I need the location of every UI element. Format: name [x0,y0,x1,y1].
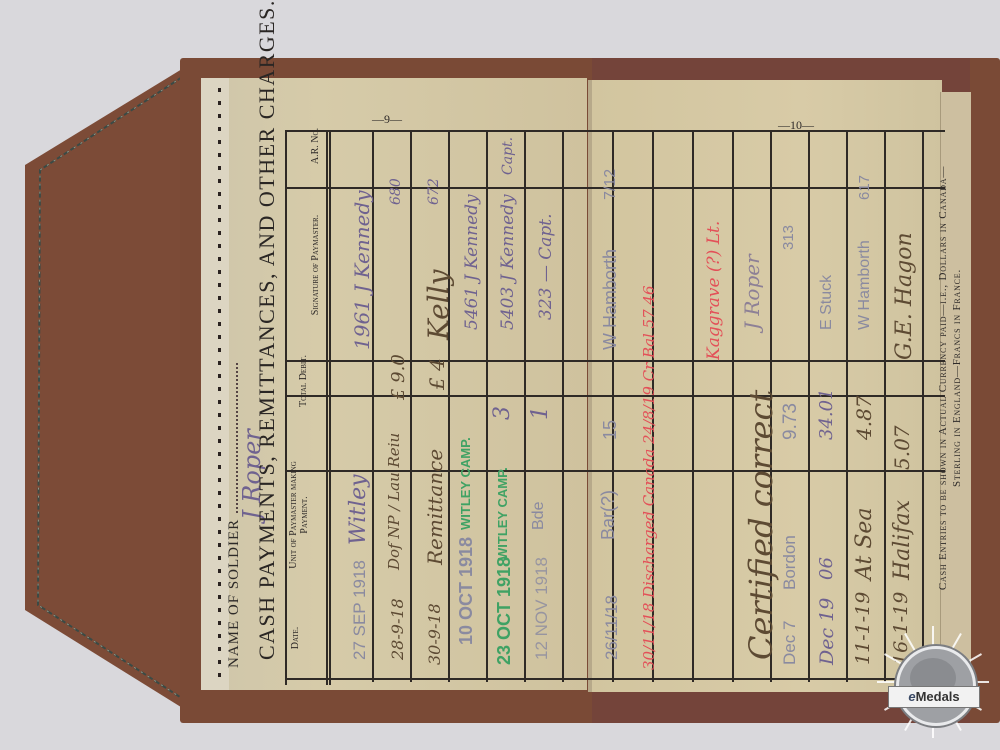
stamp-date: 10 OCT 1918 [456,537,477,645]
entry-unit: Witley [346,474,371,545]
entry-date: 30-9-18 [425,603,444,665]
certified-correct-note: Certified correct [742,390,780,660]
entry-line [846,130,848,682]
entry-signature: 1961 J Kennedy [350,190,374,350]
entry-line [562,130,564,682]
entry-red-note: 30/11/18 Discharged Canada 24/8/19 Cr Ba… [640,285,658,670]
torn-binding-edge [201,78,229,690]
entry-unit: Halifax [890,500,915,580]
entry-ar-no: 672 [426,178,442,205]
entry-date: 26/11/18 [602,595,622,660]
entry-signature: 323 — Capt. [536,213,556,320]
entry-date: 11-1-19 [852,592,874,665]
entry-line [732,130,734,682]
entry-signature: G.E. Hagon [892,232,917,360]
entry-signature: Kelly [422,270,455,340]
entry-total-debit: 3 [490,406,515,420]
entry-line [808,130,810,682]
entry-total-debit: 9.73 [780,403,802,440]
entry-line [692,130,694,682]
footer-note: Cash Entries to be shown in Actual Curre… [936,78,964,678]
entry-date: Dec 7 [780,621,800,665]
photograph: —9— —10— NAME OF SOLDIER J Roper CASH PA… [0,0,1000,750]
binding-stitches [218,88,221,678]
entry-signature: E Stuck [818,275,836,330]
entry-unit: At Sea [852,507,877,580]
stamp-date: 12 NOV 1918 [532,557,552,660]
entry-ar-no: Capt. [500,137,516,175]
entry-unit: Bde [530,502,548,530]
entry-signature: W Hamborth [856,240,874,330]
column-header-unit: Unit of Paymaster making Payment. [288,455,310,575]
entry-unit: Bar(?) [598,490,619,540]
column-header-date: Date. [290,608,301,668]
entry-ar-no: 313 [780,225,797,250]
entry-line [410,130,412,682]
entry-unit: Remittance [423,449,447,565]
entry-total-debit: £ 4 [425,358,449,390]
entry-total-debit: £ 9.0 [388,354,409,400]
entry-signature: J Roper [740,254,764,330]
entry-line [524,130,526,682]
emedals-logo-text: eMedals [888,686,980,708]
stamp-date: 23 OCT 1918 [494,557,515,665]
entry-line [884,130,886,682]
entry-red-signature: Kaggrave (?) Lt. [704,221,724,360]
entry-unit: Dof NP / Lau Reiu [385,433,403,570]
entry-line [448,130,450,682]
entry-total-debit: 34.01 [816,388,837,440]
page-title: CASH PAYMENTS, REMITTANCES, AND OTHER CH… [254,60,280,660]
entry-line [486,130,488,682]
entry-ar-no: 680 [388,178,404,205]
entry-date: 28-9-18 [388,598,407,660]
entry-line [922,130,924,682]
column-header-ar-no: A.R. No. [310,116,321,176]
entry-signature: 5461 J Kennedy [462,194,482,330]
entry-signature: 5403 J Kennedy [498,194,518,330]
stamp-witley-camp: WITLEY CAMP. [495,467,510,560]
entry-ar-no: 7/12 [602,169,620,200]
entry-signature: W Hamborth [600,249,621,350]
entry-unit: Bordon [780,535,800,590]
table-header-rule [326,130,328,685]
stamp-witley-camp: WITLEY CAMP. [458,437,473,530]
stamp-date: 27 SEP 1918 [350,560,370,660]
entry-unit: 06 [816,557,837,580]
entry-total-debit: 5.07 [890,425,914,470]
emedals-watermark: eMedals [878,628,988,738]
entry-total-debit: 4.87 [852,395,876,440]
page-number-9: —9— [372,112,402,127]
entry-total-debit: 1 [528,406,553,420]
entry-date: Dec 19 [816,598,838,665]
table-border [285,130,287,685]
table-header-rule-double [329,130,331,685]
entry-ar-no: 617 [856,175,873,200]
column-header-signature: Signature of Paymaster. [310,195,321,335]
entry-total-debit: 15 [600,420,621,440]
